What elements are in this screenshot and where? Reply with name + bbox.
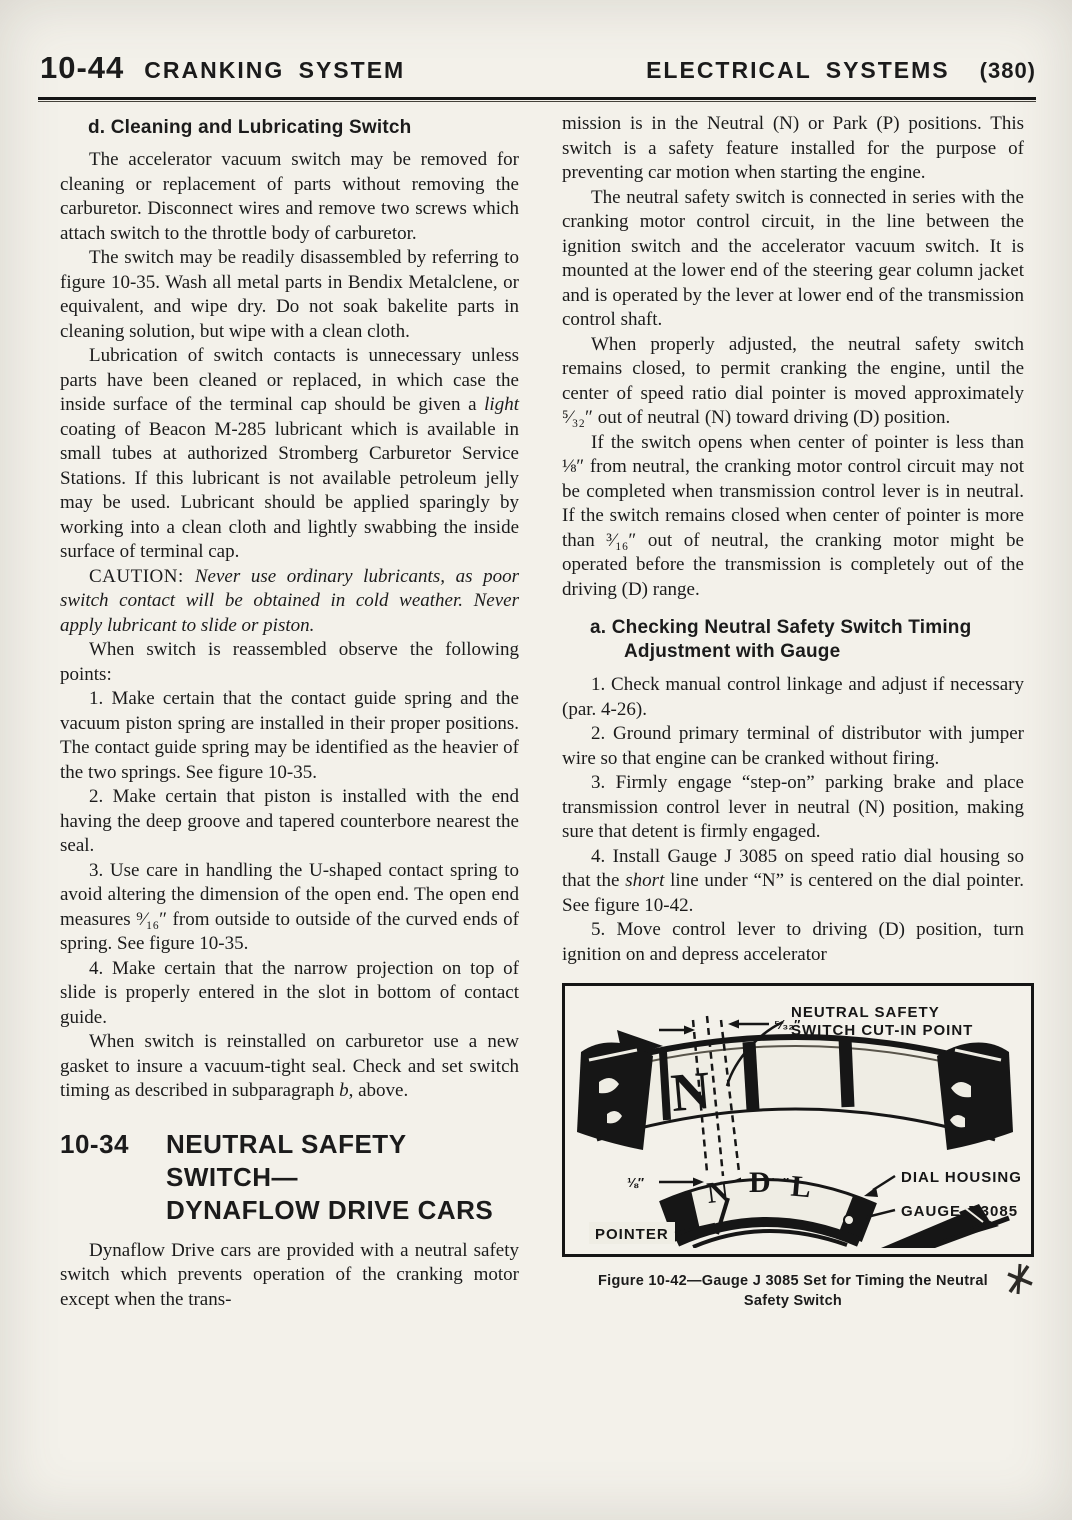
caution-label: CAUTION:	[89, 566, 195, 587]
lower-dial-letter-d: D	[749, 1166, 771, 1199]
chapter-title-left: CRANKING SYSTEM	[144, 57, 405, 84]
figure-caption-line1: Figure 10-42—Gauge J 3085 Set for Timing…	[562, 1271, 1024, 1291]
paragraph: When switch is reinstalled on carburetor…	[60, 1030, 519, 1104]
paragraph: When properly adjusted, the neutral safe…	[562, 333, 1024, 431]
text-run: , above.	[349, 1080, 409, 1101]
paragraph: The switch may be readily disassembled b…	[60, 246, 519, 344]
section-title-line1: NEUTRAL SAFETY SWITCH—	[166, 1128, 519, 1194]
paragraph: When switch is reassembled observe the f…	[60, 638, 519, 687]
italic-run: light	[484, 394, 519, 415]
text-run: coating of Beacon M-285 lubricant which …	[60, 419, 519, 563]
list-item: 1. Check manual control linkage and adju…	[562, 673, 1024, 722]
header-rule	[38, 97, 1036, 100]
dimension-1-8: ⅛″	[627, 1175, 704, 1190]
list-item: 4. Install Gauge J 3085 on speed ratio d…	[562, 845, 1024, 919]
pointer-label: POINTER	[595, 1226, 669, 1243]
italic-run: short	[625, 870, 664, 891]
list-item: 3. Firmly engage “step-on” parking brake…	[562, 771, 1024, 845]
subheading-d: d. Cleaning and Lubricating Switch	[60, 116, 519, 140]
subheading-a-line2: Adjustment with Gauge	[562, 640, 1024, 664]
paragraph: The neutral safety switch is connected i…	[562, 186, 1024, 333]
figure-caption-line2: Safety Switch	[562, 1291, 1024, 1311]
paragraph: If the switch opens when center of point…	[562, 431, 1024, 603]
text-run: Lubrication of switch contacts is unnece…	[60, 345, 519, 415]
text-run: When switch is reinstalled on carburetor…	[60, 1031, 519, 1101]
figure-frame: N ⁵⁄₃₂″	[562, 983, 1034, 1257]
dimension-5-32: ⁵⁄₃₂″	[659, 1017, 800, 1035]
running-header: 10-44 CRANKING SYSTEM ELECTRICAL SYSTEMS…	[40, 50, 1036, 86]
print-artifact	[1006, 1262, 1034, 1301]
lower-dial-letter-l: L	[790, 1170, 813, 1205]
italic-run: b	[339, 1080, 349, 1101]
page-section-number: 10-44	[40, 50, 124, 86]
section-number: 10-34	[60, 1128, 166, 1227]
list-item: 5. Move control lever to driving (D) pos…	[562, 918, 1024, 967]
paragraph: mission is in the Neutral (N) or Park (P…	[562, 112, 1024, 186]
right-column: mission is in the Neutral (N) or Park (P…	[562, 112, 1024, 1311]
cut-in-label-line1: NEUTRAL SAFETY	[791, 1004, 940, 1021]
section-title: NEUTRAL SAFETY SWITCH— DYNAFLOW DRIVE CA…	[166, 1128, 519, 1227]
list-item: 2. Ground primary terminal of distributo…	[562, 722, 1024, 771]
chapter-title-right: ELECTRICAL SYSTEMS	[646, 57, 950, 84]
paragraph: The accelerator vacuum switch may be rem…	[60, 148, 519, 246]
list-item: 2. Make certain that piston is installed…	[60, 785, 519, 859]
figure-caption: Figure 10-42—Gauge J 3085 Set for Timing…	[562, 1271, 1024, 1311]
list-item: 1. Make certain that the contact guide s…	[60, 687, 519, 785]
dial-housing-label: DIAL HOUSING	[901, 1169, 1022, 1186]
list-item: 3. Use care in handling the U-shaped con…	[60, 859, 519, 957]
section-title-line2: DYNAFLOW DRIVE CARS	[166, 1194, 519, 1227]
cut-in-label-line2: SWITCH CUT-IN POINT	[791, 1022, 973, 1039]
section-heading-10-34: 10-34 NEUTRAL SAFETY SWITCH— DYNAFLOW DR…	[60, 1128, 519, 1227]
paragraph: Dynaflow Drive cars are provided with a …	[60, 1239, 519, 1313]
page-number: (380)	[980, 58, 1036, 84]
subheading-a: a. Checking Neutral Safety Switch Timing…	[562, 616, 1024, 664]
list-item: 4. Make certain that the narrow projecti…	[60, 957, 519, 1031]
gauge-illustration: N ⁵⁄₃₂″	[565, 986, 1025, 1248]
caution-paragraph: CAUTION: Never use ordinary lubricants, …	[60, 565, 519, 639]
manual-page: 10-44 CRANKING SYSTEM ELECTRICAL SYSTEMS…	[0, 0, 1072, 1520]
paragraph: Lubrication of switch contacts is unnece…	[60, 344, 519, 565]
subheading-a-line1: a. Checking Neutral Safety Switch Timing	[562, 616, 1024, 640]
left-column: d. Cleaning and Lubricating Switch The a…	[60, 112, 519, 1312]
figure-10-42: N ⁵⁄₃₂″	[562, 983, 1024, 1311]
dial-letter-n: N	[669, 1060, 713, 1123]
dimension-left-label: ⅛″	[627, 1175, 644, 1190]
right-end-cap	[937, 1042, 1013, 1150]
dial-housing-callout: DIAL HOUSING	[864, 1169, 1022, 1197]
header-rule-shadow	[38, 101, 1036, 102]
